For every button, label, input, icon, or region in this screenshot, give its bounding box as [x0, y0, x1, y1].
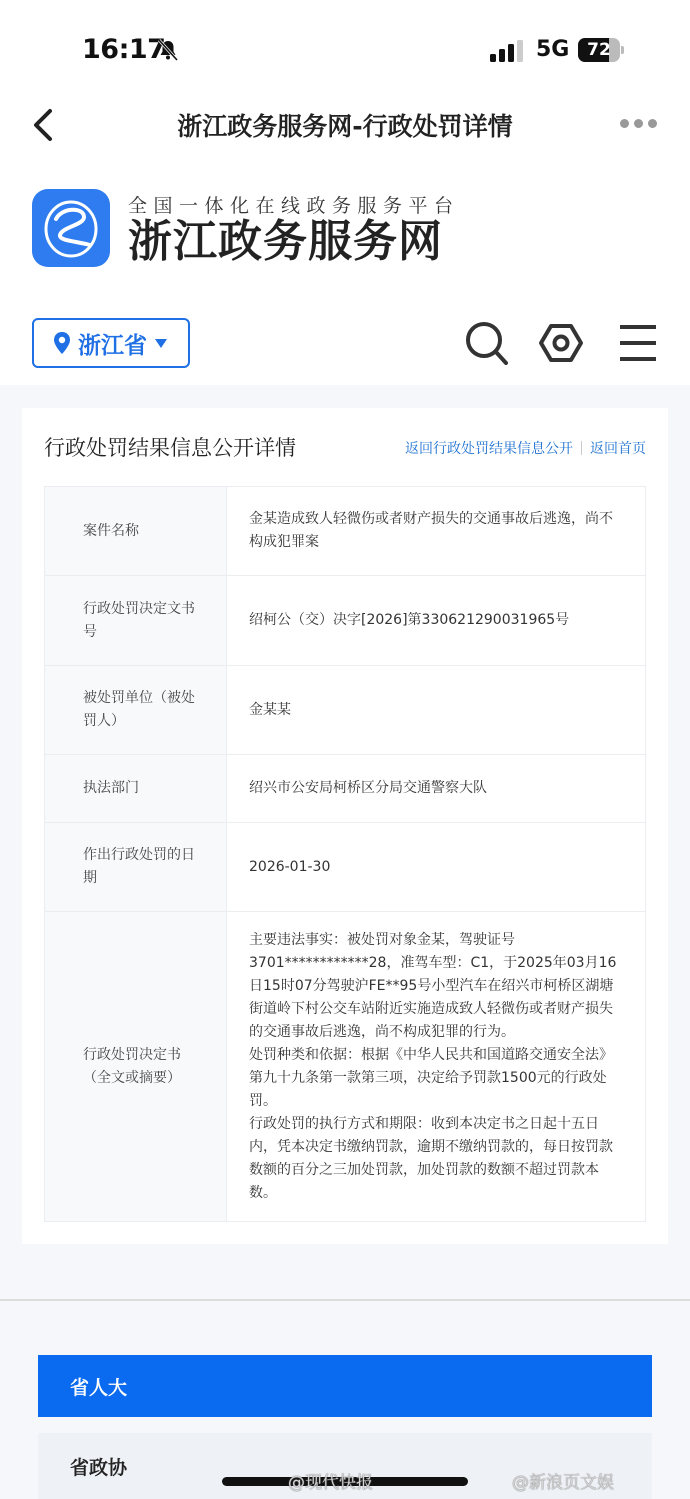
region-label: 浙江省 [78, 327, 147, 360]
footer-item-provincial-congress[interactable]: 省人大 [38, 1355, 652, 1417]
decision-paragraph: 行政处罚的执行方式和期限：收到本决定书之日起十五日内，凭本决定书缴纳罚款，逾期不… [249, 1113, 623, 1205]
card-links: 返回行政处罚结果信息公开 返回首页 [405, 438, 646, 458]
row-label: 作出行政处罚的日期 [45, 823, 227, 912]
back-to-list-link[interactable]: 返回行政处罚结果信息公开 [405, 438, 573, 458]
table-row: 作出行政处罚的日期 2026-01-30 [45, 823, 646, 912]
detail-card: 行政处罚结果信息公开详情 返回行政处罚结果信息公开 返回首页 案件名称 金某造成… [22, 408, 668, 1244]
location-pin-icon [52, 331, 72, 355]
decision-paragraph: 处罚种类和依据：根据《中华人民共和国道路交通安全法》第九十九条第一款第三项，决定… [249, 1044, 623, 1113]
battery-level: 72 [578, 38, 620, 62]
toolbar: 浙江省 [32, 318, 658, 368]
table-row: 案件名称 金某造成致人轻微伤或者财产损失的交通事故后逃逸，尚不构成犯罪案 [45, 487, 646, 576]
row-value: 2026-01-30 [227, 823, 646, 912]
row-label: 行政处罚决定文书号 [45, 576, 227, 666]
row-label: 案件名称 [45, 487, 227, 576]
brand-subtitle: 全国一体化在线政务服务平台 [128, 191, 460, 218]
region-select[interactable]: 浙江省 [32, 318, 190, 368]
status-bar: 16:17 5G 72 [0, 0, 690, 90]
page-title: 浙江政务服务网-行政处罚详情 [0, 107, 690, 143]
decision-paragraph: 主要违法事实：被处罚对象金某，驾驶证号3701************28，准驾… [249, 929, 623, 1044]
battery-icon: 72 [578, 38, 624, 62]
watermark: @新浪页文娱 [512, 1468, 614, 1493]
link-divider [581, 441, 582, 455]
row-value: 绍柯公（交）决字[2026]第330621290031965号 [227, 576, 646, 666]
back-icon[interactable] [28, 103, 58, 147]
table-row: 执法部门 绍兴市公安局柯桥区分局交通警察大队 [45, 755, 646, 823]
brand-name: 浙江政务服务网 [128, 218, 460, 266]
watermark: @现代快报 [288, 1468, 373, 1493]
table-row: 行政处罚决定书（全文或摘要） 主要违法事实：被处罚对象金某，驾驶证号3701**… [45, 912, 646, 1222]
row-value: 金某某 [227, 666, 646, 755]
network-type: 5G [536, 37, 569, 62]
bell-muted-icon [156, 38, 180, 62]
signal-icon [490, 40, 524, 62]
menu-icon[interactable] [616, 320, 662, 366]
caret-down-icon [155, 339, 167, 348]
row-label: 行政处罚决定书（全文或摘要） [45, 912, 227, 1222]
row-label: 被处罚单位（被处罚人） [45, 666, 227, 755]
search-icon[interactable] [464, 320, 510, 366]
detail-table: 案件名称 金某造成致人轻微伤或者财产损失的交通事故后逃逸，尚不构成犯罪案 行政处… [44, 486, 646, 1222]
more-icon[interactable] [620, 113, 660, 133]
navbar: 浙江政务服务网-行政处罚详情 [0, 95, 690, 155]
row-label: 执法部门 [45, 755, 227, 823]
site-brand[interactable]: 全国一体化在线政务服务平台 浙江政务服务网 [32, 188, 460, 268]
settings-hexagon-icon[interactable] [538, 320, 584, 366]
table-row: 行政处罚决定文书号 绍柯公（交）决字[2026]第330621290031965… [45, 576, 646, 666]
table-row: 被处罚单位（被处罚人） 金某某 [45, 666, 646, 755]
status-time: 16:17 [82, 34, 165, 65]
row-value: 绍兴市公安局柯桥区分局交通警察大队 [227, 755, 646, 823]
row-value: 金某造成致人轻微伤或者财产损失的交通事故后逃逸，尚不构成犯罪案 [227, 487, 646, 576]
row-value: 主要违法事实：被处罚对象金某，驾驶证号3701************28，准驾… [227, 912, 646, 1222]
back-to-home-link[interactable]: 返回首页 [590, 438, 646, 458]
logo-icon [32, 189, 110, 267]
card-title: 行政处罚结果信息公开详情 [44, 432, 296, 462]
